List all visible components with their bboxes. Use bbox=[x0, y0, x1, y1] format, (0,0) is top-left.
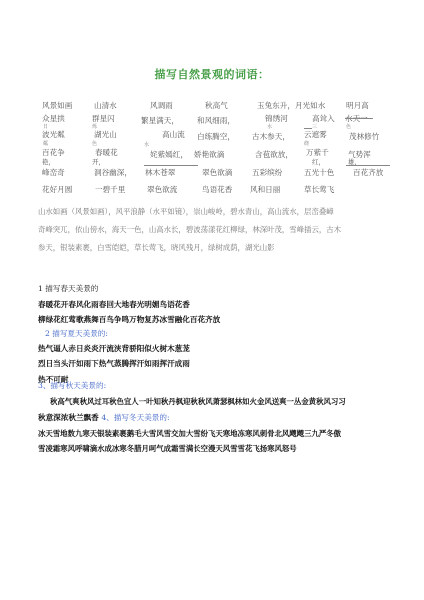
grid-cell: 湖光山 bbox=[94, 129, 117, 140]
grid-cell: 翠色欲流 bbox=[147, 184, 177, 195]
grid-cell: 峰峦奇 bbox=[42, 167, 65, 178]
spring-line: 柳绿花红莺歌燕舞百鸟争鸣万物复苏冰雪融化百花齐放 bbox=[38, 314, 220, 325]
grid-fragment: 色 bbox=[346, 123, 351, 130]
grid-divider bbox=[346, 165, 390, 166]
grid-cell: 一碧千里 bbox=[95, 184, 125, 195]
document-page: 描写自然景观的词语： 风景如画 山清水 风调雨 秋高气 玉兔东升，月光如水 明月… bbox=[0, 0, 424, 600]
grid-cell: 花好月圆 bbox=[42, 184, 72, 195]
grid-cell: 含苞欲放， bbox=[255, 149, 293, 160]
summer-heading: 2 描写夏天美景的: bbox=[45, 328, 108, 339]
idiom-paragraph: 山水如画（风景如画），风平浪静（水平如镜），崇山峻岭，碧水青山，高山流水，层峦叠… bbox=[38, 203, 390, 257]
paragraph-line: 奇峰突兀，依山傍水，海天一色，山高水长，碧波荡漾花红柳绿，林深叶茂，雪峰插云，古… bbox=[38, 221, 390, 239]
grid-cell: 姹紫嫣红， bbox=[150, 149, 188, 160]
grid-fragment: 水 bbox=[267, 123, 272, 130]
grid-cell: 玉兔东升，月光如水 bbox=[257, 100, 325, 111]
grid-fragment: 水 bbox=[144, 141, 149, 148]
grid-divider bbox=[304, 128, 312, 129]
autumn-line: 秋高气爽秋风过耳秋色宜人一叶知秋丹枫迎秋秋风萧瑟枫林如火金风送爽一丛金黄秋风习习 bbox=[50, 396, 346, 407]
autumn-line-with-winter: 秋意深浓秋兰飘香 4、描写冬天美景的: bbox=[38, 412, 170, 423]
grid-cell: 茂林修竹 bbox=[349, 131, 379, 142]
spring-line: 春暖花开春风化雨春回大地春光明媚鸟语花香 bbox=[38, 299, 190, 310]
grid-divider bbox=[345, 118, 373, 119]
paragraph-line: 山水如画（风景如画），风平浪静（水平如镜），崇山峻岭，碧水青山，高山流水，层峦叠… bbox=[38, 203, 390, 221]
grid-fragment: 粼 bbox=[43, 140, 48, 147]
grid-cell: 鸟语花香 bbox=[202, 184, 232, 195]
grid-cell: 风和日丽 bbox=[250, 184, 280, 195]
grid-fragment: 绕 bbox=[304, 140, 309, 147]
grid-cell: 风景如画 bbox=[42, 100, 72, 111]
autumn-line: 秋意深浓秋兰飘香 bbox=[38, 413, 99, 422]
grid-cell: 山清水 bbox=[94, 100, 117, 111]
grid-cell: 波光粼 bbox=[42, 129, 65, 140]
grid-cell: 古木参天， bbox=[252, 131, 290, 142]
grid-cell: 高山流 bbox=[162, 129, 185, 140]
summer-line: 热气逼人赤日炎炎汗流浃背骄阳似火树木葱茏 bbox=[38, 343, 190, 354]
grid-fragment: 色 bbox=[92, 140, 97, 147]
grid-cell: 草长莺飞 bbox=[304, 184, 334, 195]
grid-cell: 秋高气 bbox=[205, 100, 228, 111]
autumn-heading: 3、描写秋天美景的: bbox=[38, 380, 106, 391]
grid-cell: 娇艳欲滴 bbox=[194, 149, 224, 160]
page-title: 描写自然景观的词语： bbox=[0, 66, 424, 82]
grid-divider bbox=[144, 165, 198, 166]
summer-line: 烈日当头汗如雨下热气蒸腾挥汗如雨挥汗成雨 bbox=[38, 358, 190, 369]
grid-cell: 繁星满天， bbox=[141, 115, 179, 126]
grid-cell: 百花齐放 bbox=[353, 167, 383, 178]
spring-heading: 1 描写春天美景的 bbox=[38, 283, 98, 294]
grid-cell: 白练腾空， bbox=[197, 131, 235, 142]
grid-cell: 林木苍翠 bbox=[145, 167, 175, 178]
grid-cell: 洞谷幽深， bbox=[94, 167, 132, 178]
grid-cell: 明月高 bbox=[346, 100, 369, 111]
grid-fragment: 开， bbox=[92, 157, 105, 166]
grid-cell: 翠色欲滴 bbox=[202, 167, 232, 178]
grid-cell: 五彩缤纷 bbox=[252, 167, 282, 178]
grid-cell: 云遮雾 bbox=[304, 129, 327, 140]
grid-fragment: 红， bbox=[312, 157, 325, 166]
winter-line: 冰天雪地数九寒天银装素裹鹅毛大雪风雪交加大雪纷飞天寒地冻寒风刺骨北风飕飕三九严冬… bbox=[38, 428, 341, 439]
grid-cell: 五光十色 bbox=[304, 167, 334, 178]
grid-cell: 和风细雨， bbox=[197, 115, 235, 126]
winter-line: 雪凌霜寒风呼啸滴水成冰寒冬腊月呵气成霜雪满长空漫天风雪雪花飞扬寒风怒号 bbox=[38, 443, 297, 454]
winter-heading: 4、描写冬天美景的: bbox=[101, 413, 169, 422]
grid-cell: 风调雨 bbox=[150, 100, 173, 111]
grid-fragment: 艳， bbox=[42, 157, 55, 166]
paragraph-line: 参天，银装素裹，白雪皑皑，草长莺飞，晓风残月，绿树成荫，湖光山影 bbox=[38, 239, 390, 257]
